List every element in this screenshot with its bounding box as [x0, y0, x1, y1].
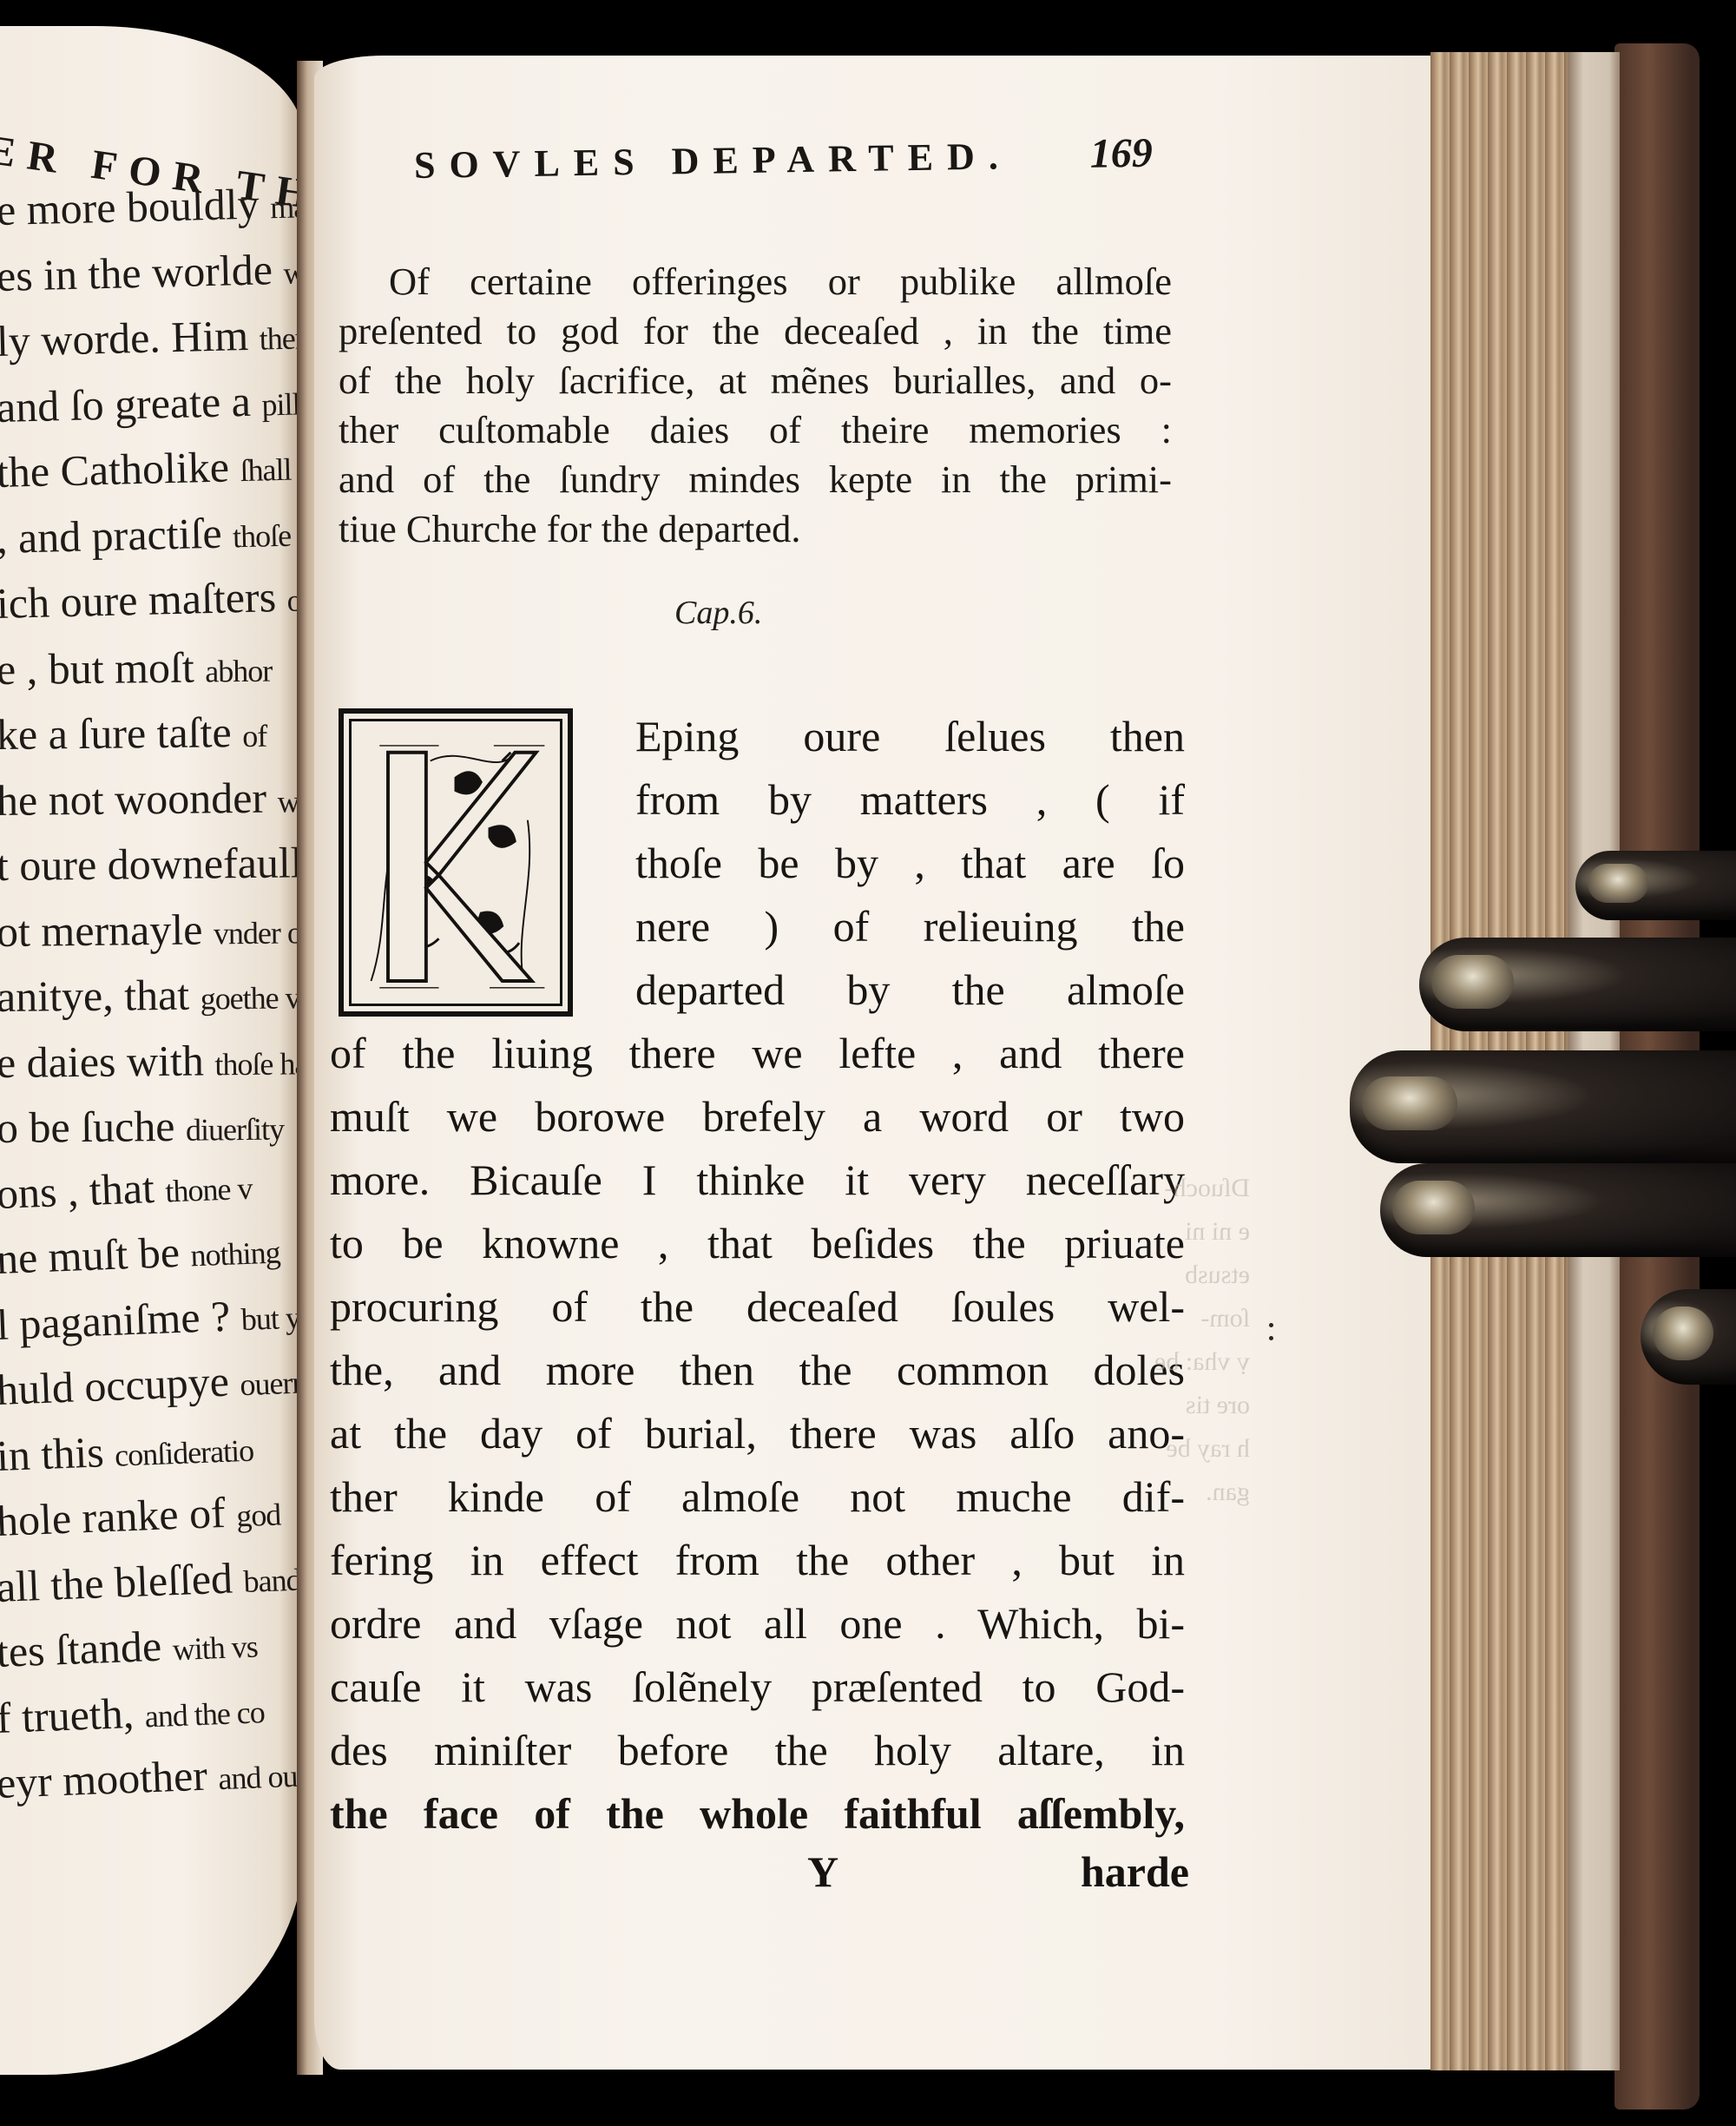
fingernail-icon	[1588, 864, 1648, 903]
text-line: ke a ſure taſte of	[0, 699, 304, 767]
body-line: des miniſter before the holy altare, in	[330, 1719, 1185, 1782]
line-tail: and the co	[144, 1695, 265, 1734]
page-number: 169	[1089, 129, 1153, 178]
line-tail: nothing	[190, 1234, 280, 1273]
text-line: in this conſideratio	[0, 1411, 304, 1489]
body-line: procuring of the deceaſed ſoules wel-	[330, 1275, 1185, 1339]
body-line: cauſe it was ſolẽnely præſented to God-	[330, 1655, 1185, 1719]
line-text: e daies with	[0, 1036, 215, 1087]
bleed-line: ṿ vha: be	[1128, 1340, 1250, 1384]
clasp-finger	[1350, 1050, 1736, 1163]
fingernail-icon	[1362, 1076, 1457, 1130]
line-text: ons , that	[0, 1162, 166, 1217]
text-line: he not woonder wi	[0, 765, 304, 833]
line-text: ke a ſure taſte	[0, 708, 242, 759]
fingernail-icon	[1653, 1307, 1713, 1360]
text-line: huld occupye ouern	[0, 1345, 304, 1423]
line-text: es in the worlde	[0, 244, 284, 299]
text-line: e daies with thoſe ha	[0, 1027, 304, 1096]
body-line: ther kinde of almoſe not muche dif-	[330, 1465, 1185, 1529]
line-text: huld occupye	[0, 1356, 240, 1414]
chapter-heading: Cap.6.	[674, 594, 762, 632]
line-tail: but y	[240, 1300, 301, 1337]
text-line: es in the worlde with	[0, 235, 304, 309]
colon-mark	[1269, 1323, 1273, 1327]
left-page: ER FOR THE e more bouldly may Ies in the…	[0, 26, 304, 2075]
text-line: l paganiſme ? but y	[0, 1280, 304, 1358]
line-text: ich oure maſters	[0, 572, 287, 628]
text-line: all the bleſſed bande	[0, 1542, 304, 1620]
text-line: e , but moſt abhor	[0, 634, 304, 702]
line-text: ly worde. Him	[0, 311, 260, 365]
body-line: the face of the whole faithful aſſembly,	[330, 1782, 1185, 1846]
line-text: he not woonder	[0, 773, 278, 824]
text-line: f trueth, and the co	[0, 1673, 304, 1751]
line-tail: bande	[243, 1561, 304, 1598]
text-line: ons , that thone v	[0, 1149, 304, 1227]
bleed-line: gan.	[1128, 1471, 1250, 1514]
line-tail: thoſe ha	[214, 1046, 304, 1082]
line-text: ne muſt be	[0, 1227, 191, 1283]
right-page: SOVLES DEPARTED. 169 Of certaine offerin…	[314, 56, 1443, 2070]
line-tail: ſhall	[240, 452, 292, 488]
line-tail: conſideratio	[114, 1432, 253, 1472]
catchline: Y harde	[330, 1846, 1189, 1899]
fingernail-icon	[1431, 955, 1514, 1009]
text-line: tes ſtande with vs	[0, 1607, 304, 1685]
line-text: hole ranke of	[0, 1487, 237, 1545]
line-text: the Catholike	[0, 442, 240, 497]
line-tail: thoſe	[233, 517, 292, 554]
bleed-through-margin-note: Dſuoch-e ni nietsusbſom-ṿ vha: beore tis…	[1128, 1167, 1250, 1514]
line-text: and ſo greate a	[0, 376, 262, 431]
body-line: thoſe be by , that are ſo	[635, 832, 1185, 895]
body-line: Eping oure ſelues then	[635, 705, 1185, 768]
line-tail: abhor	[205, 653, 272, 688]
body-line: at the day of burial, there was alſo ano…	[330, 1402, 1185, 1465]
body-line: nere ) of relieuing the	[635, 895, 1185, 958]
signature-mark: Y	[807, 1846, 838, 1897]
argument-line: and of the ſundry mindes kepte in the pr…	[339, 455, 1172, 504]
line-tail: vnder ou	[214, 915, 304, 951]
line-tail: goethe v	[200, 980, 299, 1016]
text-line: t oure downefaull	[0, 830, 304, 898]
line-tail: of	[242, 719, 266, 754]
fingernail-icon	[1392, 1181, 1475, 1234]
line-tail: god	[235, 1497, 280, 1533]
argument-line: tiue Churche for the departed.	[339, 504, 1172, 554]
text-line: ot mernayle vnder ou	[0, 896, 304, 964]
bleed-line: ore tis	[1128, 1384, 1250, 1427]
body-line: from by matters , ( if	[635, 768, 1185, 832]
text-line: and ſo greate a pillor	[0, 366, 304, 440]
line-tail: ouern	[240, 1365, 304, 1402]
body-line: the, and more then the common doles	[330, 1339, 1185, 1402]
line-text: t oure downefaull	[0, 838, 303, 890]
argument-line: Of certaine offeringes or publike allmoſ…	[339, 257, 1172, 306]
argument-line: ther cuſtomable daies of theire memories…	[339, 405, 1172, 455]
body-line: to be knowne , that beſides the priuate	[330, 1212, 1185, 1275]
catchword: harde	[1081, 1846, 1189, 1897]
line-text: in this	[0, 1426, 115, 1479]
text-line: ich oure maſters of	[0, 563, 304, 637]
bleed-line: ſom-	[1128, 1297, 1250, 1340]
text-line: ly worde. Him therfo-	[0, 301, 304, 375]
clasp-finger	[1575, 851, 1736, 920]
line-text: ot mernayle	[0, 905, 214, 956]
text-line: the Catholike ſhall	[0, 432, 304, 506]
clasp-finger	[1641, 1289, 1736, 1385]
bleed-line: h ray be	[1128, 1427, 1250, 1471]
text-line: anitye, that goethe v	[0, 961, 304, 1030]
line-tail: thone v	[165, 1170, 253, 1208]
argument-line: preſented to god for the deceaſed , in t…	[339, 306, 1172, 356]
text-line: e more bouldly may I	[0, 170, 304, 244]
left-page-text: e more bouldly may Ies in the worlde wit…	[0, 178, 304, 1817]
line-text: e , but moſt	[0, 642, 206, 694]
line-tail: and ou	[218, 1759, 298, 1796]
page-header: SOVLES DEPARTED. 169	[414, 124, 1474, 188]
body-line: fering in effect from the other , but in	[330, 1529, 1185, 1592]
line-text: eyr moother	[0, 1750, 219, 1807]
body-line: ordre and vſage not all one . Which, bi-	[330, 1592, 1185, 1655]
line-text: all the bleſſed	[0, 1553, 244, 1611]
line-text: , and practiſe	[0, 508, 233, 563]
chapter-argument: Of certaine offeringes or publike allmoſ…	[339, 257, 1172, 554]
line-text: anitye, that	[0, 971, 201, 1021]
line-text: o be ſuche	[0, 1102, 186, 1152]
hand-shaped-clasp	[1341, 877, 1736, 1398]
line-tail: with vs	[172, 1629, 258, 1667]
line-text: tes ſtande	[0, 1621, 174, 1676]
text-line: hole ranke of god	[0, 1476, 304, 1554]
body-line: muſt we borowe brefely a word or two	[330, 1085, 1185, 1149]
running-title: SOVLES DEPARTED.	[414, 134, 1013, 188]
text-line: ne muſt be nothing	[0, 1214, 304, 1292]
body-text: Eping oure ſelues thenfrom by matters , …	[330, 705, 1185, 1846]
colon-mark	[1269, 1336, 1273, 1340]
body-line: more. Bicauſe I thinke it very neceſſary	[330, 1149, 1185, 1212]
bleed-line: e ni ni	[1128, 1210, 1250, 1254]
text-line: , and practiſe thoſe	[0, 497, 304, 571]
clasp-finger	[1419, 938, 1736, 1031]
argument-line: of the holy ſacrifice, at mẽnes burialle…	[339, 356, 1172, 405]
book-photograph: ER FOR THE e more bouldly may Ies in the…	[0, 0, 1736, 2126]
line-text: l paganiſme ?	[0, 1291, 242, 1349]
clasp-finger	[1380, 1163, 1736, 1257]
body-line: of the liuing there we lefte , and there	[330, 1022, 1185, 1085]
line-text: f trueth,	[0, 1688, 146, 1742]
line-tail: diuerſity	[186, 1112, 284, 1148]
body-line: departed by the almoſe	[635, 958, 1185, 1022]
text-line: eyr moother and ou	[0, 1738, 304, 1816]
bleed-line: etsusb	[1128, 1254, 1250, 1297]
bleed-line: Dſuoch-	[1128, 1167, 1250, 1210]
line-text: e more bouldly	[0, 179, 271, 234]
